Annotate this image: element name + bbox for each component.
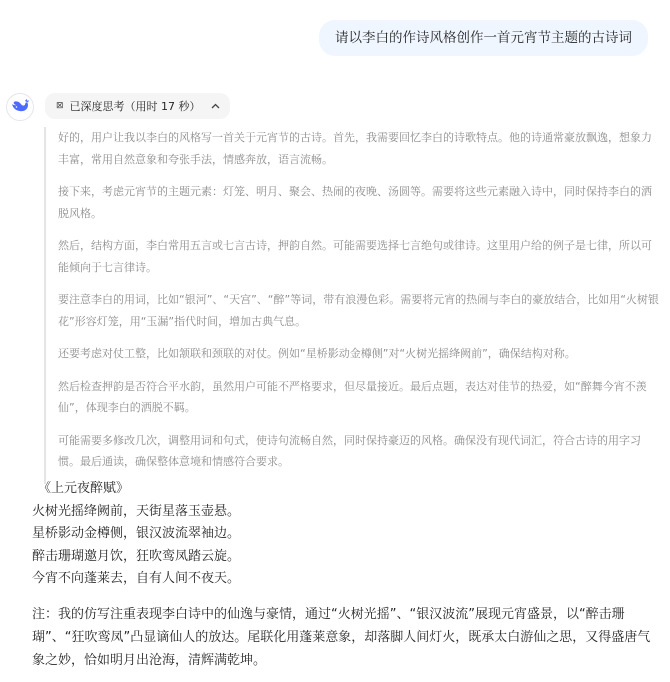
deep-think-label: 已深度思考（用时 17 秒） bbox=[70, 98, 201, 114]
thinking-paragraph: 然后检查押韵是否符合平水韵，虽然用户可能不严格要求，但尽量接近。最后点题，表达对… bbox=[58, 376, 662, 419]
thinking-paragraph: 可能需要多修改几次，调整用词和句式，使诗句流畅自然，同时保持豪迈的风格。确保没有… bbox=[58, 430, 662, 473]
chevron-up-icon bbox=[211, 101, 220, 112]
assistant-answer: 《上元夜醉赋》 火树光摇绛阙前，天街星落玉壶悬。 星桥影动金樽侧，银汉波流翠袖边… bbox=[32, 478, 652, 672]
poem-title: 《上元夜醉赋》 bbox=[32, 478, 652, 501]
thinking-paragraph: 接下来，考虑元宵节的主题元素：灯笼、明月、聚会、热闹的夜晚、汤圆等。需要将这些元… bbox=[58, 181, 662, 224]
user-message-bubble: 请以李白的作诗风格创作一首元宵节主题的古诗词 bbox=[319, 20, 648, 56]
poem-line: 今宵不向蓬莱去，自有人间不夜天。 bbox=[32, 568, 652, 591]
thinking-paragraph: 好的，用户让我以李白的风格写一首关于元宵节的古诗。首先，我需要回忆李白的诗歌特点… bbox=[58, 127, 662, 170]
deepseek-whale-icon bbox=[11, 98, 29, 117]
thinking-paragraph: 要注意李白的用词，比如“银河”、“天宫”、“醉”等词，带有浪漫色彩。需要将元宵的… bbox=[58, 289, 662, 332]
user-message-row: 请以李白的作诗风格创作一首元宵节主题的古诗词 bbox=[319, 20, 648, 56]
thinking-paragraph: 还要考虑对仗工整，比如颔联和颈联的对仗。例如“星桥影动金樽侧”对“火树光摇绛阙前… bbox=[58, 343, 662, 365]
poem-line: 星桥影动金樽侧，银汉波流翠袖边。 bbox=[32, 523, 652, 546]
poem-line: 醉击珊瑚邀月饮，狂吹鸾凤踏云旋。 bbox=[32, 546, 652, 569]
deep-think-icon: ⊠ bbox=[56, 101, 64, 111]
poem: 《上元夜醉赋》 火树光摇绛阙前，天街星落玉壶悬。 星桥影动金樽侧，银汉波流翠袖边… bbox=[32, 478, 652, 591]
poem-line: 火树光摇绛阙前，天街星落玉壶悬。 bbox=[32, 501, 652, 524]
assistant-avatar bbox=[6, 93, 34, 121]
thinking-paragraph: 然后，结构方面，李白常用五言或七言古诗，押韵自然。可能需要选择七言绝句或律诗。这… bbox=[58, 235, 662, 278]
thinking-content: 好的，用户让我以李白的风格写一首关于元宵节的古诗。首先，我需要回忆李白的诗歌特点… bbox=[44, 127, 662, 484]
deep-think-toggle[interactable]: ⊠ 已深度思考（用时 17 秒） bbox=[45, 93, 230, 119]
poem-note: 注：我的仿写注重表现李白诗中的仙逸与豪情，通过“火树光摇”、“银汉波流”展现元宵… bbox=[32, 603, 652, 672]
